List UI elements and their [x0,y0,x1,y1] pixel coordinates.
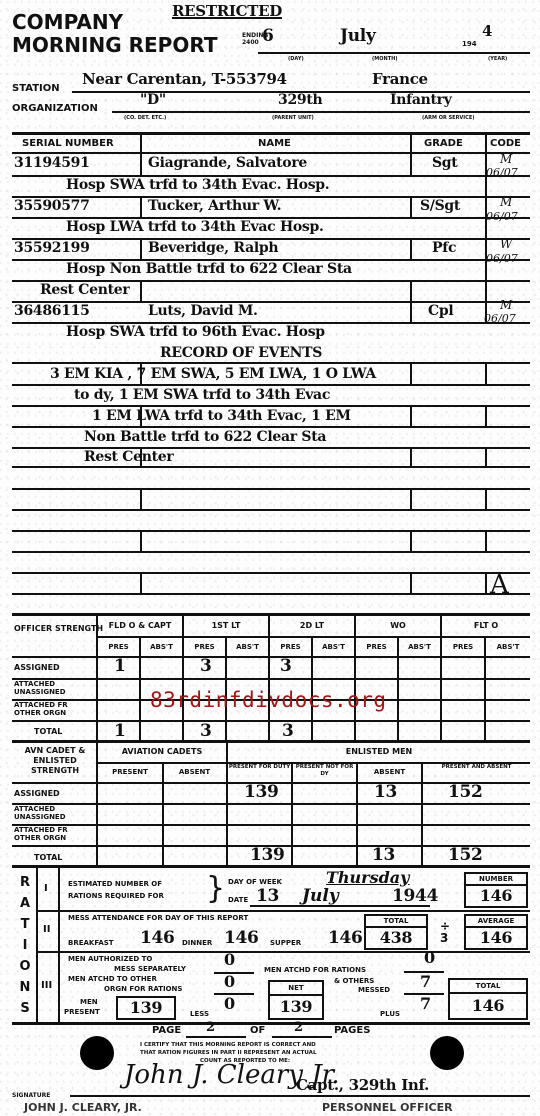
row-label-attached-other: ATTACHED FR OTHER ORGN [14,826,94,842]
row-label-assigned: ASSIGNED [14,789,60,798]
rule [12,466,530,468]
entry-code-top: M [500,298,512,312]
pres-header: PRES [184,643,225,651]
col-divider [410,152,412,175]
entry-name: Tucker, Arthur W. [148,198,281,214]
event-line: Rest Center [84,449,173,465]
entry-name: Luts, David M. [148,303,258,319]
header-serial: SERIAL NUMBER [22,138,114,149]
rations-estimated-label-2: RATIONS REQUIRED FOR [68,892,164,900]
col-divider [485,362,487,384]
enlisted-sub-header: ABSENT [163,768,226,776]
rule [12,362,530,364]
org-caption-1: (CO. DET. ETC.) [124,115,166,121]
ration-date-month: July [302,886,339,906]
side-letter: T [18,914,32,935]
col-divider [140,488,142,509]
entry-code-date: 06/07 [486,166,518,179]
pres-header: PRES [442,643,484,651]
enlisted-sub-header: PRESENT FOR DUTY [228,764,291,771]
certification-line-1: I CERTIFY THAT THIS MORNING REPORT IS CO… [140,1042,316,1048]
col-divider [410,447,412,466]
number-box: NUMBER 146 [464,872,528,908]
entry-code-date: 06/07 [484,312,516,325]
report-day: 6 [262,26,274,46]
present-label-2: PRESENT [64,1008,100,1016]
net-box: NET 139 [268,980,324,1020]
side-letter: O [18,956,32,977]
entry-remark: Hosp LWA trfd to 34th Evac Hosp. [66,219,324,235]
rule [12,530,530,532]
average-box: AVERAGE 146 [464,914,528,950]
rule [12,509,530,511]
year-caption: (YEAR) [488,56,507,62]
rations-side-label: R A T I O N S [18,872,32,1019]
net-label: NET [270,982,322,996]
col-divider [410,196,412,217]
side-letter: I [18,935,32,956]
entry-remark: Hosp SWA trfd to 34th Evac. Hosp. [66,177,329,193]
officer-group-header: FLD O & CAPT [98,622,182,630]
enlisted-sub-header: PRESENT AND ABSENT [423,764,530,771]
pres-header: PRES [270,643,311,651]
initial-mark: A [490,570,509,600]
less-label: LESS [190,1010,209,1018]
header-grade: GRADE [424,138,463,149]
report-month: July [340,26,376,46]
rule [12,720,530,722]
col-divider [139,636,141,741]
entry-grade: S/Sgt [420,198,460,214]
row-label-attached-unassigned: ATTACHED UNASSIGNED [14,805,94,821]
enlisted-cell: 139 [244,782,279,802]
entry-grade: Sgt [432,155,457,171]
breakfast-value: 146 [140,928,175,948]
event-line: Non Battle trfd to 622 Clear Sta [84,429,326,445]
supper-value: 146 [328,928,363,948]
enlisted-group-header: ENLISTED MEN [228,748,530,756]
col-divider [410,301,412,322]
auth-label-2: MESS SEPARATELY [114,965,186,973]
signer-title: Capt., 329th Inf. [296,1076,429,1094]
col-divider [410,134,412,152]
col-divider [485,530,487,551]
enlisted-sub-header: PRESENT [98,768,162,776]
org-company: "D" [140,92,166,108]
atchd-other-label-2: ORGN FOR RATIONS [104,985,182,993]
printed-name: JOHN J. CLEARY, JR. [24,1101,142,1114]
day-of-week-label: DAY OF WEEK [228,878,282,886]
of-label: OF [250,1025,265,1036]
present-label-1: MEN [80,998,98,1006]
entry-remark: Hosp Non Battle trfd to 622 Clear Sta [66,261,352,277]
col-divider [356,763,358,865]
rule [12,384,530,386]
day-caption: (DAY) [288,56,304,62]
abst-header: ABS'T [486,643,530,651]
rule [12,488,530,490]
entry-grade: Pfc [432,240,456,256]
rule [12,740,530,743]
breakfast-label: BREAKFAST [68,939,114,947]
events-heading: RECORD OF EVENTS [160,345,322,361]
officer-strength-title: OFFICER STRENGTH [14,624,96,634]
others-value: 7 [420,972,431,991]
officer-cell: 3 [280,656,292,676]
rule [12,152,530,154]
col-divider [140,530,142,551]
day-of-week-value: Thursday [326,868,409,887]
atchd-for-value: 0 [424,948,435,967]
classification-stamp: RESTRICTED [172,2,282,20]
rule [12,1022,530,1025]
rations-estimated-label-1: ESTIMATED NUMBER OF [68,880,162,888]
col-divider [140,572,142,593]
officer-title: PERSONNEL OFFICER [322,1101,453,1114]
rule [12,656,530,658]
side-letter: S [18,998,32,1019]
event-line: 3 EM KIA , 7 EM SWA, 5 EM LWA, 1 O LWA [50,366,376,382]
col-divider [140,238,142,259]
auth-label-1: MEN AUTHORIZED TO [68,955,152,963]
col-divider [410,488,412,509]
station-label: STATION [12,83,60,94]
others-label-1: & OTHERS [334,977,374,985]
org-caption-3: (ARM OR SERVICE) [422,115,475,121]
enlisted-cell: 13 [374,782,397,802]
roster-top-rule [12,132,530,135]
enlisted-cell: 13 [372,845,395,865]
atchd-for-label: MEN ATCHD FOR RATIONS [264,966,366,974]
entry-code-top: M [500,152,512,166]
rule [12,426,530,428]
mess-attendance-label: MESS ATTENDANCE FOR DAY OF THIS REPORT [68,914,248,922]
punch-hole [80,1036,114,1070]
date-label: DATE [228,896,248,904]
col-divider [162,763,164,865]
atchd-other-label-1: MEN ATCHD TO OTHER [68,975,157,983]
enlisted-cell: 152 [448,845,483,865]
entry-code-top: W [500,237,512,251]
page-label: PAGE [152,1025,181,1036]
rule [12,572,530,574]
row-label-total: TOTAL [34,853,62,862]
abst-header: ABS'T [313,643,354,651]
col-divider [485,405,487,426]
col-divider [485,572,487,593]
event-line: 1 EM LWA trfd to 34th Evac, 1 EM [92,408,351,424]
col-divider [421,763,423,865]
officer-group-header: 1ST LT [184,622,268,630]
page-number: 2 [206,1020,215,1035]
enlisted-sub-header: PRESENT NOT FOR DY [293,764,356,778]
signature-label: SIGNATURE [12,1092,50,1099]
col-divider [410,405,412,426]
entry-name: Beveridge, Ralph [148,240,278,256]
col-divider [410,280,412,301]
ration-date-year: 1944 [392,886,438,906]
col-divider [140,152,142,175]
officer-cell: 1 [114,656,126,676]
side-letter: A [18,893,32,914]
org-unit: 329th [278,92,322,108]
officer-cell: 3 [282,721,294,741]
col-divider [291,763,293,865]
rule [96,636,530,638]
rule [12,551,530,553]
abst-header: ABS'T [141,643,182,651]
col-divider [410,530,412,551]
less-value: 0 [224,994,235,1013]
form-title-line1: COMPANY [12,10,123,34]
entry-serial: 35592199 [14,240,90,256]
auth-value: 0 [224,950,235,969]
pres-header: PRES [98,643,139,651]
atchd-other-value: 0 [224,972,235,991]
section-ii-numeral: II [43,924,50,935]
col-divider [485,447,487,466]
col-divider [58,868,60,1023]
entry-grade: Cpl [428,303,453,319]
number-value: 146 [466,886,526,906]
org-underline [112,111,530,113]
certification-line-2: THAT RATION FIGURES IN PART II REPRESENT… [140,1050,316,1056]
event-line: to dy, 1 EM SWA trfd to 34th Evac [74,387,330,403]
header-name: NAME [258,138,291,149]
report-year: 4 [482,22,492,40]
divide-icon: ÷3 [440,920,450,944]
entry-remark: Hosp SWA trfd to 96th Evac. Hosp [66,324,325,340]
mess-total-value: 438 [366,928,426,948]
dinner-label: DINNER [182,939,212,947]
col-divider [410,572,412,593]
date-underline [258,52,530,54]
entry-code-top: M [500,195,512,209]
ration-date-day: 13 [256,886,279,906]
pages-label: PAGES [334,1025,370,1036]
form-title-line2: MORNING REPORT [12,33,217,57]
rule [12,613,530,616]
org-caption-2: (PARENT UNIT) [272,115,314,121]
net-value: 139 [270,996,322,1018]
col-divider [397,636,399,741]
men-present-box: 139 [116,996,176,1020]
brace-icon: } [206,871,225,906]
section-iii-numeral: III [41,980,52,991]
entry-code-date: 06/07 [486,210,518,223]
page-total: 2 [294,1020,303,1035]
enlisted-sub-header: ABSENT [358,768,421,776]
average-value: 146 [466,928,526,948]
dinner-value: 146 [224,928,259,948]
officer-group-header: 2D LT [270,622,354,630]
entry-serial: 35590577 [14,198,90,214]
station-country: France [372,70,428,88]
ration-total-label: TOTAL [450,980,526,994]
officer-cell: 1 [114,721,126,741]
others-label-2: MESSED [358,986,390,994]
average-label: AVERAGE [466,916,526,928]
enlisted-strength-title: AVN CADET & ENLISTED STRENGTH [14,746,96,776]
rule [12,405,530,407]
officer-group-header: WO [356,622,440,630]
plus-value: 7 [420,994,431,1013]
entry-name: Giagrande, Salvatore [148,155,307,171]
abst-header: ABS'T [399,643,440,651]
entry-code-date: 06/07 [486,252,518,265]
cadets-group-header: AVIATION CADETS [98,748,226,756]
col-divider [140,280,142,301]
abst-header: ABS'T [227,643,268,651]
section-i-numeral: I [44,883,48,894]
col-divider [485,134,487,152]
rule [12,593,530,595]
officer-cell: 3 [200,721,212,741]
col-divider [140,134,142,152]
ration-total-value: 146 [450,994,526,1018]
ration-total-box: TOTAL 146 [448,978,528,1020]
col-divider [36,868,38,1023]
supper-label: SUPPER [270,939,301,947]
men-present-value: 139 [118,998,174,1018]
entry-remark-continued: Rest Center [40,282,129,298]
entry-serial: 36486115 [14,303,90,319]
station-value: Near Carentan, T-553794 [82,70,287,88]
morning-report-page: COMPANY MORNING REPORT RESTRICTED ENDING… [0,0,540,1116]
underline [186,1036,246,1038]
officer-cell: 3 [200,656,212,676]
enlisted-cell: 139 [250,845,285,865]
col-divider [140,196,142,217]
date-underline [250,905,430,907]
organization-label: ORGANIZATION [12,103,98,114]
col-divider [485,488,487,509]
side-letter: N [18,977,32,998]
rule [36,910,530,912]
col-divider [410,362,412,384]
month-caption: (MONTH) [372,56,398,62]
row-label-attached-unassigned: ATTACHED UNASSIGNED [14,680,94,696]
officer-group-header: FLT O [442,622,530,630]
watermark: 83rdinfdivdocs.org [150,688,387,712]
underline [272,1036,332,1038]
header-code: CODE [490,138,521,149]
signature-line [70,1095,530,1097]
rule [36,951,530,953]
side-letter: R [18,872,32,893]
enlisted-cell: 152 [448,782,483,802]
pres-header: PRES [356,643,397,651]
mess-total-box: TOTAL 438 [364,914,428,950]
number-label: NUMBER [466,874,526,886]
row-label-assigned: ASSIGNED [14,663,60,672]
entry-serial: 31194591 [14,155,90,171]
punch-hole [430,1036,464,1070]
org-arm: Infantry [390,92,452,108]
year-prefix: 194 [462,40,477,48]
row-label-attached-other: ATTACHED FR OTHER ORGN [14,701,94,717]
mess-total-label: TOTAL [366,916,426,928]
plus-label: PLUS [380,1010,400,1018]
col-divider [410,238,412,259]
row-label-total: TOTAL [34,727,62,736]
col-divider [484,636,486,741]
rule [12,865,530,868]
